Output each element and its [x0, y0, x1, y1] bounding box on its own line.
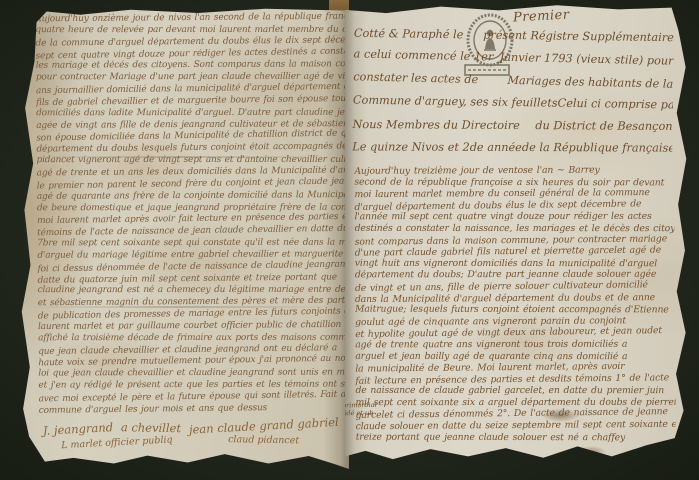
signature: J. jeangrand	[43, 420, 114, 438]
manuscript-line: agé de quarante ans frère de la conjoint…	[37, 190, 346, 204]
left-page-text: Aujourd'huy onzième jour de nivos l'an s…	[35, 12, 348, 417]
annotation-line: Commune d'arguey, ses six feuilletsCelui…	[353, 94, 673, 121]
annotation-text: constater les actes de	[353, 70, 478, 95]
annotation-text: de la République française	[522, 141, 672, 164]
right-page: Premier Cotté & Paraphé leprésent Régist…	[345, 3, 687, 461]
manuscript-line: agé de trente quatre ans vigneront tous …	[355, 339, 675, 351]
margin-annotation: Cotté & Paraphé leprésent Régistre Suppl…	[352, 27, 674, 166]
manuscript-line: de naissance de claude gabriel garcelet,…	[355, 385, 675, 397]
manuscript-line: treize portant que jeanne claude solouer…	[356, 431, 676, 443]
page-heading: Premier	[513, 8, 570, 26]
annotation-line: Le quinze Nivos et 2de annéede la Républ…	[352, 140, 672, 164]
signature-block: J. jeangranda chevilletjean claude grand…	[43, 417, 339, 449]
manuscript-scan: Aujourd'huy onzième jour de nivos l'an s…	[0, 0, 699, 480]
manuscript-line: Aujourd'huy treizième jour de ventose l'…	[354, 164, 674, 177]
marginal-note: primordialfidé et ub	[342, 401, 388, 418]
signature: claud pidancet	[228, 434, 299, 446]
annotation-text: Commune d'arguey, ses six feuillets	[353, 94, 558, 120]
annotation-text: Nous Membres du Directoire	[352, 118, 519, 141]
annotation-text: présent Régistre Supplémentaire	[483, 29, 674, 54]
signature: L marlet officier publiq	[61, 434, 173, 451]
marginal-note-line: fidé et ub	[342, 409, 388, 417]
right-page-text: Aujourd'huy treizième jour de ventose l'…	[354, 164, 675, 444]
manuscript-line: Maitrugue; lesquels futurs conjoint étoi…	[355, 304, 675, 316]
annotation-text: a celui commencé le 1er	[353, 48, 493, 74]
manuscript-line: domiciliés dans ladite Municipalité d'ar…	[36, 107, 345, 119]
manuscript-line: l'année mil sept cent quatre vingt douze…	[355, 211, 675, 223]
signature: a chevillet	[121, 420, 181, 435]
annotation-line: Nous Membres du Directoiredu District de…	[352, 118, 672, 142]
manuscript-line: 7bre mil sept cent soixante sept qui con…	[37, 238, 346, 251]
annotation-text: du District de Besançon	[535, 119, 672, 142]
annotation-text: Celui ci comprise par	[557, 97, 673, 121]
manuscript-line: laurent marlet et par guillaume courbet …	[38, 320, 347, 334]
annotation-text: Le quinze Nivos et 2de année	[352, 140, 522, 163]
left-page: Aujourd'huy onzième jour de nivos l'an s…	[13, 6, 349, 469]
